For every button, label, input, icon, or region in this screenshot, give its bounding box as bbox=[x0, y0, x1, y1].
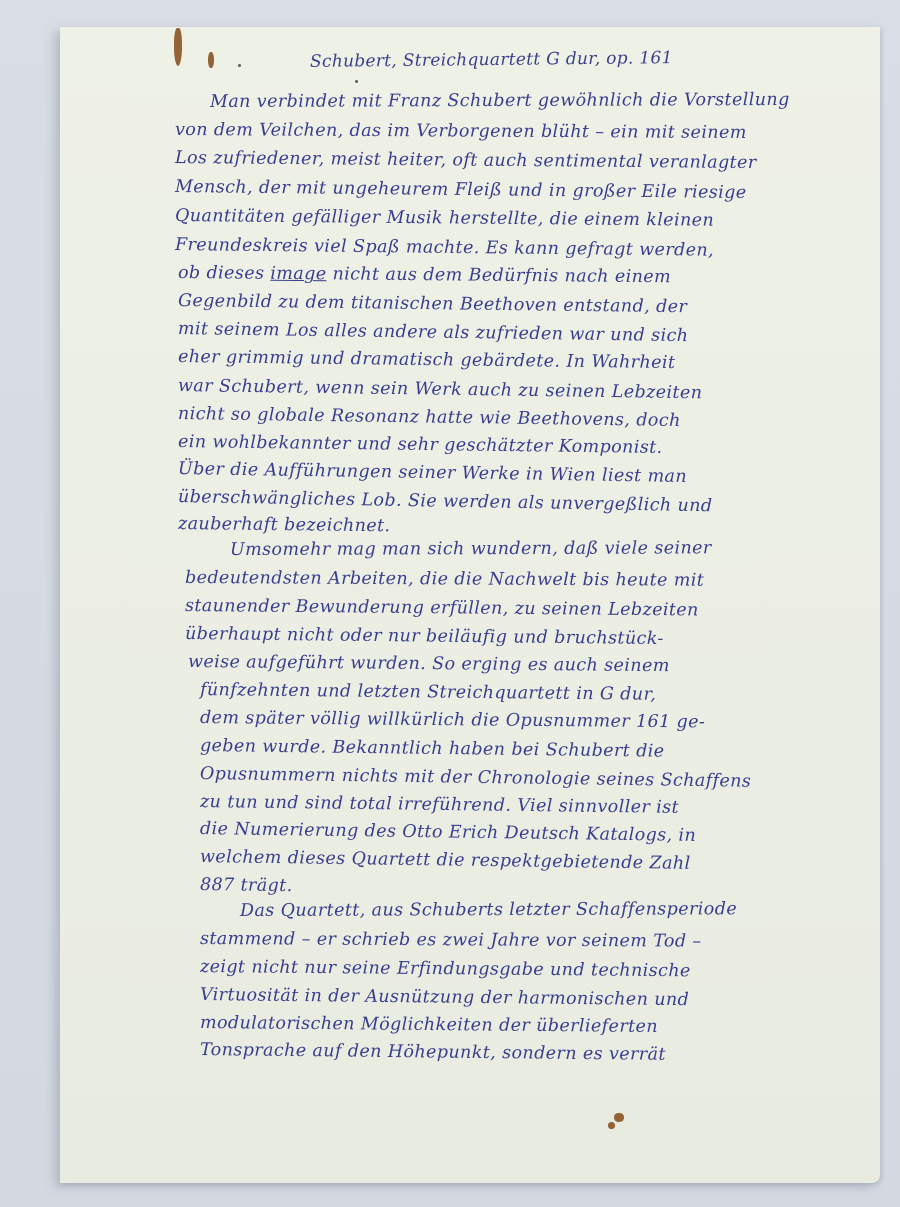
manuscript-line: Quantitäten gefälliger Musik herstellte,… bbox=[175, 206, 714, 231]
manuscript-line: Das Quartett, aus Schuberts letzter Scha… bbox=[240, 899, 737, 921]
manuscript-line: welchem dieses Quartett die respektgebie… bbox=[200, 847, 691, 874]
manuscript-line: stammend – er schrieb es zwei Jahre vor … bbox=[200, 929, 702, 952]
manuscript-line: fünfzehnten und letzten Streichquartett … bbox=[200, 680, 657, 705]
manuscript-line: modulatorischen Möglichkeiten der überli… bbox=[200, 1013, 658, 1037]
manuscript-line: weise aufgeführt wurden. So erging es au… bbox=[188, 652, 670, 676]
manuscript-line: überschwängliches Lob. Sie werden als un… bbox=[178, 487, 713, 516]
manuscript-line: 887 trägt. bbox=[200, 875, 293, 896]
manuscript-line: Mensch, der mit ungeheurem Fleiß und in … bbox=[175, 177, 747, 203]
manuscript-line: Gegenbild zu dem titanischen Beethoven e… bbox=[178, 291, 687, 317]
manuscript-line: die Numerierung des Otto Erich Deutsch K… bbox=[200, 819, 696, 846]
manuscript-line: dem später völlig willkürlich die Opusnu… bbox=[200, 708, 705, 732]
manuscript-line: zu tun und sind total irreführend. Viel … bbox=[200, 792, 679, 818]
manuscript-line: ob dieses image nicht aus dem Bedürfnis … bbox=[178, 263, 671, 287]
manuscript-line: Über die Aufführungen seiner Werke in Wi… bbox=[178, 459, 687, 487]
manuscript-line: eher grimmig und dramatisch gebärdete. I… bbox=[178, 347, 676, 373]
manuscript-line: Opusnummern nichts mit der Chronologie s… bbox=[200, 764, 751, 792]
manuscript-line: ein wohlbekannter und sehr geschätzter K… bbox=[178, 432, 663, 458]
manuscript-line: Umsomehr mag man sich wundern, daß viele… bbox=[230, 538, 712, 560]
manuscript-line: geben wurde. Bekanntlich haben bei Schub… bbox=[200, 736, 665, 762]
manuscript-line: Los zufriedener, meist heiter, oft auch … bbox=[175, 148, 757, 173]
manuscript-line: Tonsprache auf den Höhepunkt, sondern es… bbox=[200, 1040, 666, 1065]
manuscript-line: zauberhaft bezeichnet. bbox=[178, 514, 391, 536]
manuscript-line: Freundeskreis viel Spaß machte. Es kann … bbox=[175, 235, 714, 261]
manuscript-line: überhaupt nicht oder nur beiläufig und b… bbox=[185, 624, 664, 649]
manuscript-line: Virtuosität in der Ausnützung der harmon… bbox=[200, 985, 689, 1010]
handwritten-text: Schubert, Streichquartett G dur, op. 161… bbox=[0, 0, 900, 1207]
manuscript-line: von dem Veilchen, das im Verborgenen blü… bbox=[175, 120, 747, 143]
manuscript-line: bedeutendsten Arbeiten, die die Nachwelt… bbox=[185, 568, 704, 591]
document-title: Schubert, Streichquartett G dur, op. 161 bbox=[310, 48, 673, 72]
manuscript-line: zeigt nicht nur seine Erfindungsgabe und… bbox=[200, 957, 691, 981]
manuscript-line: nicht so globale Resonanz hatte wie Beet… bbox=[178, 404, 681, 431]
manuscript-line: staunender Bewunderung erfüllen, zu sein… bbox=[185, 596, 699, 620]
manuscript-line: war Schubert, wenn sein Werk auch zu sei… bbox=[178, 376, 703, 403]
manuscript-line: mit seinem Los alles andere als zufriede… bbox=[178, 319, 689, 346]
underlined-word: image bbox=[270, 264, 326, 284]
manuscript-line: Man verbindet mit Franz Schubert gewöhnl… bbox=[210, 90, 790, 112]
